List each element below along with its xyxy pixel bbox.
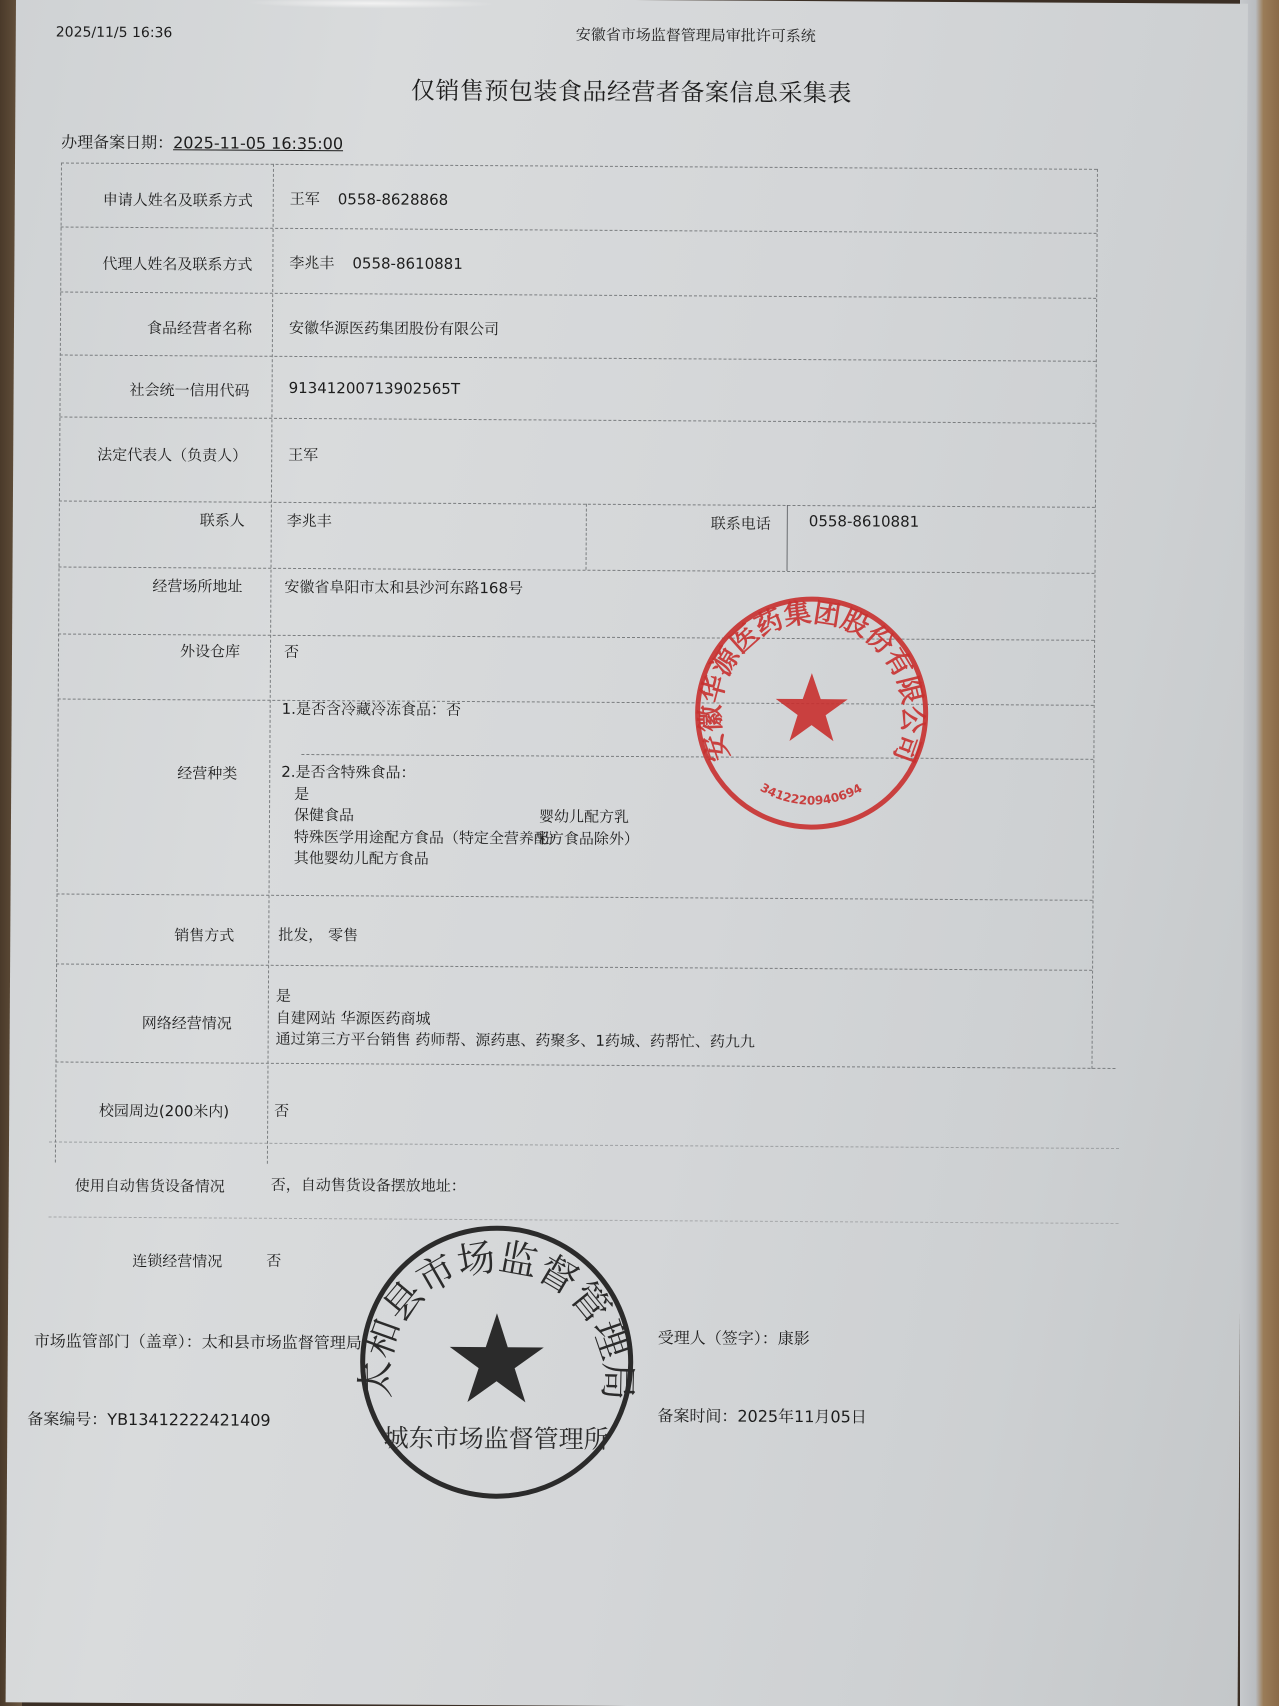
operator-name-label: 食品经营者名称 (52, 316, 252, 338)
address-label: 经营场所地址 (42, 574, 242, 596)
campus-label: 校园周边(200米内) (29, 1099, 229, 1121)
chain-label: 连锁经营情况 (22, 1249, 222, 1271)
contact-value: 李兆丰 (287, 510, 332, 531)
online-line-3: 通过第三方平台销售 药师帮、源药惠、药聚多、1药城、药帮忙、药九九 (276, 1029, 755, 1053)
credit-code-value: 91341200713902565T (289, 379, 461, 398)
filing-date-value: 2025-11-05 16:35:00 (173, 133, 343, 153)
label-column-divider (267, 164, 274, 1164)
official-seal: 太和县市场监督管理局 城东市场监督管理所 (355, 1220, 639, 1504)
row-divider (61, 227, 1097, 234)
online-line-2: 自建网站 华源医药商城 (276, 1007, 755, 1031)
address-value: 安徽省阜阳市太和县沙河东路168号 (284, 576, 523, 598)
receiver-line: 受理人（签字）：康影 (658, 1325, 810, 1349)
row-divider (57, 894, 1093, 901)
warehouse-value: 否 (284, 641, 299, 662)
special-food-other-infant: 其他婴幼儿配方食品 (281, 848, 639, 872)
warehouse-label: 外设仓库 (40, 639, 240, 661)
contact-label: 联系人 (45, 508, 245, 530)
seal-code: 3412220940694 (758, 780, 865, 808)
sales-mode-value: 批发， 零售 (278, 924, 358, 945)
record-time-label: 备案时间： (657, 1406, 737, 1425)
contact-phone-label: 联系电话 (711, 512, 771, 533)
row-divider (60, 355, 1096, 362)
legal-rep-label: 法定代表人（负责人） (47, 443, 247, 465)
row-divider (59, 567, 1095, 574)
phone-column-divider (787, 505, 788, 571)
company-seal: 安徽华源医药集团股份有限公司 3412220940694 (691, 592, 932, 833)
right-border (1091, 169, 1097, 1069)
vending-value: 否，自动售货设备摆放地址： (271, 1174, 466, 1196)
star-icon (449, 1313, 544, 1403)
record-time-line: 备案时间：2025年11月05日 (657, 1403, 867, 1427)
dept-value: 太和县市场监督管理局 (202, 1332, 362, 1352)
row-divider (61, 163, 1097, 170)
business-type-q2-answer: 是 (281, 783, 639, 807)
business-type-q1: 1.是否含冷藏冷冻食品：否 (282, 698, 461, 720)
record-no-value: YB13412222421409 (107, 1410, 270, 1430)
photo-glare (246, 0, 496, 9)
legal-rep-value: 王军 (288, 444, 318, 465)
receiver-value: 康影 (778, 1329, 810, 1348)
agent-value: 李兆丰0558-8610881 (289, 252, 463, 274)
special-food-infant-milk: 婴幼儿配方乳粉 (539, 806, 639, 850)
applicant-value: 王军0558-8628868 (290, 188, 449, 210)
online-label: 网络经营情况 (32, 1011, 232, 1033)
agent-label: 代理人姓名及联系方式 (52, 252, 252, 274)
system-name: 安徽省市场监督管理局审批许可系统 (576, 24, 816, 46)
page-title: 仅销售预包装食品经营者备案信息采集表 (15, 68, 1247, 111)
row-divider (56, 964, 1092, 971)
row-divider (49, 1141, 1119, 1149)
applicant-label: 申请人姓名及联系方式 (53, 188, 253, 210)
agent-phone: 0558-8610881 (352, 254, 462, 273)
receiver-label: 受理人（签字）： (658, 1328, 778, 1348)
row-divider (55, 1061, 1115, 1068)
form-grid (16, 0, 1248, 4)
business-type-q2-block: 2.是否含特殊食品： 是 保健食品 婴幼儿配方乳粉 特殊医学用途配方食品（特定全… (281, 762, 640, 872)
special-food-row: 保健食品 婴幼儿配方乳粉 (281, 805, 639, 829)
business-type-label: 经营种类 (37, 761, 237, 783)
record-time-value: 2025年11月05日 (737, 1407, 867, 1427)
operator-name-value: 安徽华源医药集团股份有限公司 (289, 317, 499, 339)
document-page: 2025/11/5 16:36 安徽省市场监督管理局审批许可系统 仅销售预包装食… (6, 0, 1248, 1706)
seal-bottom-text: 城东市场监督管理所 (384, 1424, 609, 1454)
dept-seal-line: 市场监管部门（盖章）：太和县市场监督管理局 (34, 1328, 362, 1353)
row-divider (60, 292, 1096, 299)
online-value: 是 自建网站 华源医药商城 通过第三方平台销售 药师帮、源药惠、药聚多、1药城、… (276, 986, 756, 1053)
row-divider (58, 699, 1094, 706)
star-icon (775, 673, 847, 741)
row-divider (59, 501, 1095, 508)
special-food-health: 保健食品 (294, 806, 354, 824)
business-type-q2: 2.是否含特殊食品： (281, 762, 639, 786)
row-divider (59, 417, 1095, 424)
contact-phone-value: 0558-8610881 (809, 512, 919, 531)
record-no-line: 备案编号：YB13412222421409 (27, 1406, 270, 1430)
filing-date: 办理备案日期：2025-11-05 16:35:00 (61, 130, 343, 155)
applicant-name: 王军 (290, 190, 320, 208)
filing-date-label: 办理备案日期： (61, 133, 173, 153)
credit-code-label: 社会统一信用代码 (50, 378, 250, 400)
sales-mode-label: 销售方式 (34, 923, 234, 945)
agent-name: 李兆丰 (289, 254, 334, 272)
applicant-phone: 0558-8628868 (338, 190, 448, 209)
dept-label: 市场监管部门（盖章）： (34, 1331, 202, 1351)
vending-label: 使用自动售货设备情况 (25, 1174, 225, 1196)
record-no-label: 备案编号： (27, 1409, 107, 1428)
chain-value: 否 (266, 1250, 281, 1271)
print-timestamp: 2025/11/5 16:36 (56, 24, 173, 41)
campus-value: 否 (274, 1100, 289, 1121)
contact-column-divider (586, 504, 587, 570)
online-line-1: 是 (276, 986, 755, 1010)
